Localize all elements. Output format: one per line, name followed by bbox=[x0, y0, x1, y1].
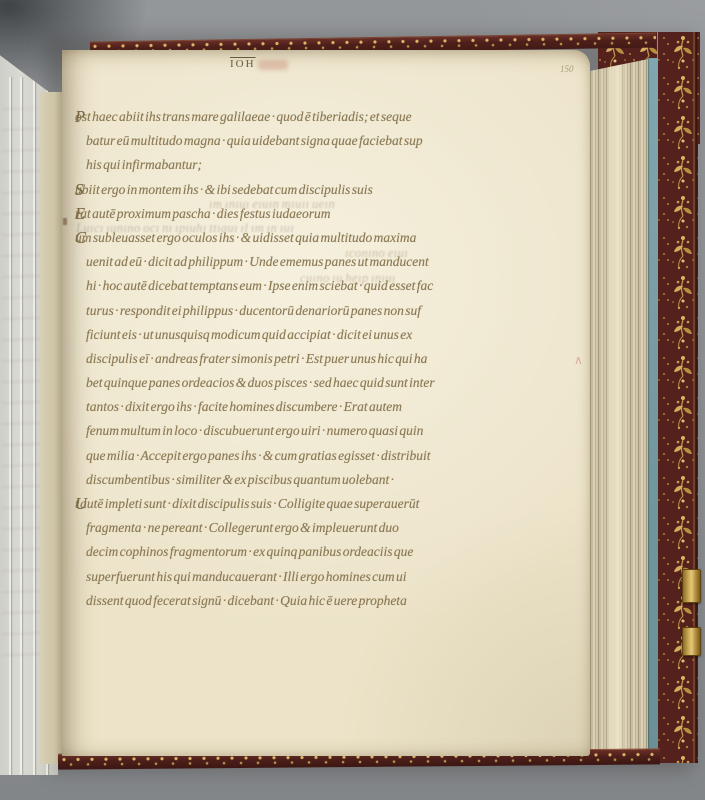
initial-capital: S bbox=[75, 178, 86, 202]
manuscript-text-line: tantos · dixit ergo ihs · facite homines… bbox=[86, 395, 580, 419]
showthrough-text: Luıcı ıunıno ocı nı ıpıuhı ttıauı ıl ım … bbox=[76, 221, 294, 236]
showthrough-text: cuıno ıu heıp ınıuı bbox=[300, 271, 396, 286]
showthrough-text: ım ınıuı eıuın mıuıı ueın bbox=[209, 197, 335, 212]
manuscript-text-line: dissent quod fecerat signū · dicebant · … bbox=[86, 589, 580, 613]
manuscript-text-line: his qui infirmabantur; bbox=[86, 153, 580, 177]
manuscript-text-line: Post haec abiit ihs trans mare galilaeae… bbox=[75, 105, 580, 129]
initial-capital: U bbox=[75, 492, 89, 516]
manuscript-text-line: batur eū multitudo magna · quia uidebant… bbox=[86, 129, 580, 153]
manuscript-text-line: decim cophinos fragmentorum · ex quinq p… bbox=[86, 540, 580, 564]
initial-capital: P bbox=[75, 105, 88, 129]
photo-background: IOH 150 Post haec abiit ihs trans mare g… bbox=[0, 0, 705, 800]
margin-tick bbox=[63, 218, 67, 225]
clasp bbox=[682, 627, 701, 656]
showthrough-text: ıconıno eıuı bbox=[345, 246, 408, 261]
manuscript-text-line: turus · respondit ei philippus · ducento… bbox=[86, 299, 580, 323]
manuscript-text-line: discipulis eī · andreas frater simonis p… bbox=[86, 347, 580, 371]
text-block: Post haec abiit ihs trans mare galilaeae… bbox=[75, 105, 580, 613]
manuscript-text-line: fragmenta · ne pereant · Collegerunt erg… bbox=[86, 516, 580, 540]
manuscript-text-line: discumbentibus · similiter & ex piscibus… bbox=[86, 468, 580, 492]
endpaper-strip bbox=[648, 58, 658, 755]
pink-caret-mark: ∧ bbox=[574, 353, 583, 368]
manuscript-text-line: superfuerunt his qui manducauerant · Ill… bbox=[86, 565, 580, 589]
running-title: IOH bbox=[230, 58, 256, 70]
manuscript-page: IOH 150 Post haec abiit ihs trans mare g… bbox=[62, 50, 590, 756]
manuscript-text-line: Ut autē impleti sunt · dixit discipulis … bbox=[75, 492, 580, 516]
manuscript-text-line: ficiunt eis · ut unusquisq modicum quid … bbox=[86, 323, 580, 347]
page-stack-fore-edge bbox=[585, 54, 653, 754]
manuscript-text-line: fenum multum in loco · discubuerunt ergo… bbox=[86, 419, 580, 443]
faded-rubric-mark bbox=[258, 60, 288, 70]
folio-number: 150 bbox=[560, 64, 574, 74]
clasp bbox=[682, 569, 701, 603]
manuscript-text-line: que milia · Accepit ergo panes ihs · & c… bbox=[86, 444, 580, 468]
page-edge-highlight bbox=[605, 54, 627, 754]
manuscript-text-line: bet quinque panes ordeacios & duos pisce… bbox=[86, 371, 580, 395]
